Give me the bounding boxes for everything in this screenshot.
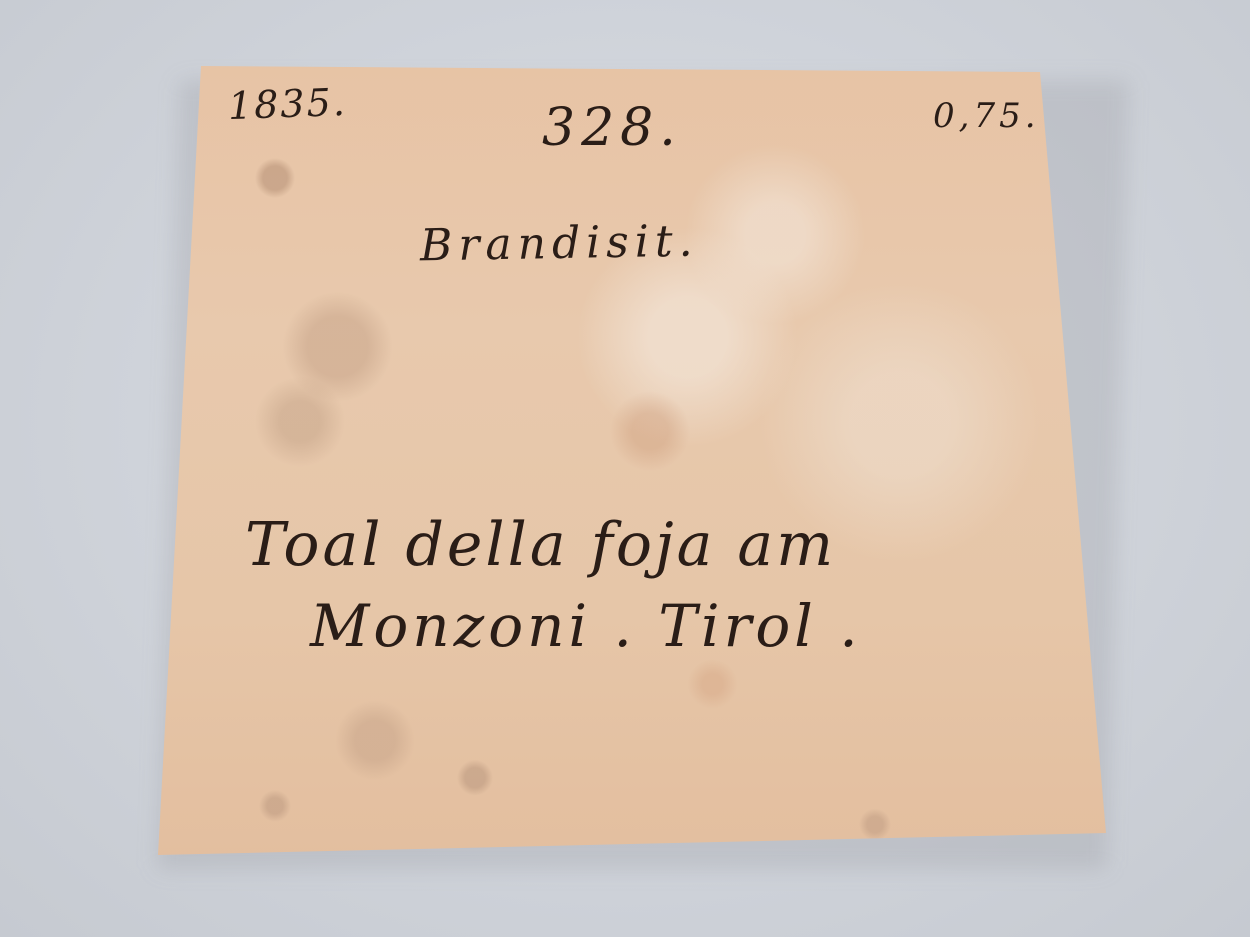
locality-line-2: Monzoni . Tirol .: [310, 592, 862, 660]
year-text: 1835.: [227, 80, 347, 128]
locality-line-1: Toal della foja am: [245, 510, 836, 580]
catalog-number: 328.: [542, 98, 682, 158]
price-text: 0,75.: [933, 96, 1040, 136]
mineral-name: Brandisit.: [420, 216, 699, 272]
